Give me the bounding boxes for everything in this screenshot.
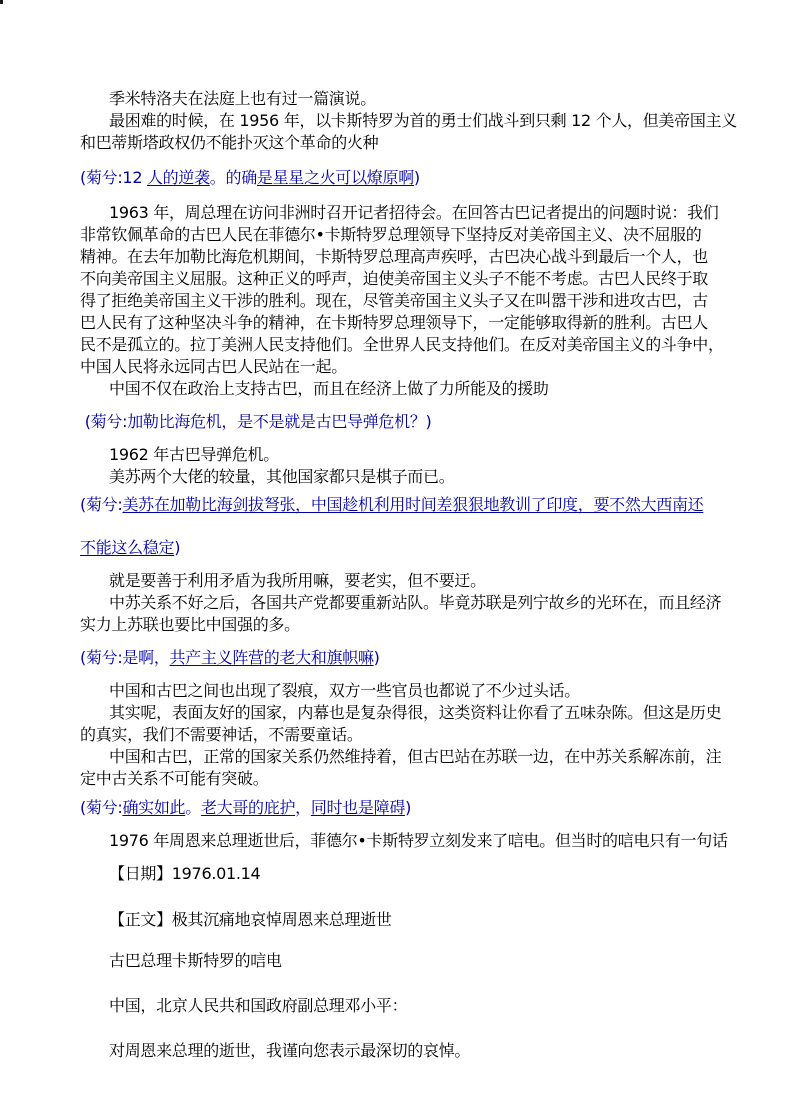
text-segment: 非常钦佩革命的古巴人民在菲德尔•卡斯特罗总理领导下坚持反对美帝国主义、决不屈服的 [80, 225, 701, 244]
text-line: 最困难的时候，在 1956 年，以卡斯特罗为首的勇士们战斗到只剩 12 个人，但… [80, 110, 722, 132]
text-segment: 民不是孤立的。拉丁美洲人民支持他们。全世界人民支持他们。在反对美帝国主义的斗争中… [80, 335, 724, 354]
text-line: (菊兮:美苏在加勒比海剑拔弩张，中国趁机利用时间差狠狠地教训了印度，要不然大西南… [80, 494, 722, 516]
text-segment: 古巴总理卡斯特罗的唁电 [109, 951, 282, 970]
text-paragraph: 【正文】极其沉痛地哀悼周恩来总理逝世 [80, 909, 722, 931]
text-line: 中国不仅在政治上支持古巴，而且在经济上做了力所能及的援助 [80, 378, 722, 400]
text-line: (菊兮:是啊，共产主义阵营的老大和旗帜嘛) [80, 647, 722, 669]
underlined-text-segment: 共产主义阵营的老大和旗帜嘛 [170, 648, 374, 667]
text-line: 1976 年周恩来总理逝世后，菲德尔•卡斯特罗立刻发来了唁电。但当时的唁电只有一… [80, 830, 722, 852]
text-segment: 中国和古巴，正常的国家关系仍然维持着，但古巴站在苏联一边，在中苏关系解冻前，注 [109, 747, 721, 766]
document-page: 季米特洛夫在法庭上也有过一篇演说。最困难的时候，在 1956 年，以卡斯特罗为首… [0, 0, 800, 1062]
text-line: 【日期】1976.01.14 [80, 863, 722, 885]
text-line: (菊兮:12 人的逆袭。的确是星星之火可以燎原啊) [80, 167, 722, 189]
text-paragraph: 其实呢，表面友好的国家，内幕也是复杂得很，这类资料让你看了五味杂陈。但这是历史的… [80, 702, 722, 746]
text-line: 季米特洛夫在法庭上也有过一篇演说。 [80, 88, 722, 110]
text-line: 的真实，我们不需要神话，不需要童话。 [80, 724, 722, 746]
text-segment: 季米特洛夫在法庭上也有过一篇演说。 [109, 89, 376, 108]
text-segment: 。的确 [210, 168, 257, 187]
text-segment: 1963 年，周总理在访问非洲时召开记者招待会。在回答古巴记者提出的问题时说：我… [109, 203, 719, 222]
text-line: 精神。在去年加勒比海危机期间，卡斯特罗总理高声疾呼，古巴决心战斗到最后一个人，也 [80, 246, 722, 268]
text-segment: 【日期】1976.01.14 [109, 864, 260, 883]
text-line: 巴人民有了这种坚决斗争的精神，在卡斯特罗总理领导下，一定能够取得新的胜利。古巴人 [80, 312, 722, 334]
annotation-comment-paragraph: (菊兮:加勒比海危机，是不是就是古巴导弹危机？) [80, 411, 722, 433]
text-segment: 实力上苏联也要比中国强的多。 [80, 615, 300, 634]
text-segment: (菊兮: [80, 495, 122, 514]
text-line: 非常钦佩革命的古巴人民在菲德尔•卡斯特罗总理领导下坚持反对美帝国主义、决不屈服的 [80, 224, 722, 246]
text-paragraph: 季米特洛夫在法庭上也有过一篇演说。 [80, 88, 722, 110]
text-segment: (菊兮:12 [80, 168, 147, 187]
text-paragraph: 1963 年，周总理在访问非洲时召开记者招待会。在回答古巴记者提出的问题时说：我… [80, 202, 722, 378]
underlined-text-segment: 是星星之火可以燎原啊 [257, 168, 414, 187]
text-line: (菊兮:确实如此。老大哥的庇护，同时也是障碍) [80, 797, 722, 819]
text-segment: 巴人民有了这种坚决斗争的精神，在卡斯特罗总理领导下，一定能够取得新的胜利。古巴人 [80, 313, 708, 332]
text-line: 中国人民将永远同古巴人民站在一起。 [80, 356, 722, 378]
text-segment: 1976 年周恩来总理逝世后，菲德尔•卡斯特罗立刻发来了唁电。但当时的唁电只有一… [109, 831, 728, 850]
text-paragraph: 中国和古巴之间也出现了裂痕，双方一些官员也都说了不少过头话。 [80, 680, 722, 702]
text-paragraph: 中国，北京人民共和国政府副总理邓小平： [80, 995, 722, 1017]
text-segment: (菊兮:加勒比海危机，是不是就是古巴导弹危机？) [80, 412, 431, 431]
text-line: 对周恩来总理的逝世，我谨向您表示最深切的哀悼。 [80, 1040, 722, 1062]
text-segment: 其实呢，表面友好的国家，内幕也是复杂得很，这类资料让你看了五味杂陈。但这是历史 [109, 703, 721, 722]
text-segment: 1962 年古巴导弹危机。 [109, 445, 279, 464]
annotation-comment-paragraph: (菊兮:美苏在加勒比海剑拔弩张，中国趁机利用时间差狠狠地教训了印度，要不然大西南… [80, 494, 722, 516]
annotation-comment-paragraph: (菊兮:12 人的逆袭。的确是星星之火可以燎原啊) [80, 167, 722, 189]
annotation-comment-paragraph: (菊兮:确实如此。老大哥的庇护，同时也是障碍) [80, 797, 722, 819]
text-segment: 精神。在去年加勒比海危机期间，卡斯特罗总理高声疾呼，古巴决心战斗到最后一个人，也 [80, 247, 708, 266]
text-segment: 中国和古巴之间也出现了裂痕，双方一些官员也都说了不少过头话。 [109, 681, 580, 700]
text-paragraph: 古巴总理卡斯特罗的唁电 [80, 950, 722, 972]
document-body: 季米特洛夫在法庭上也有过一篇演说。最困难的时候，在 1956 年，以卡斯特罗为首… [80, 88, 722, 1062]
text-segment: 对周恩来总理的逝世，我谨向您表示最深切的哀悼。 [109, 1041, 470, 1060]
text-segment: ) [405, 798, 411, 817]
text-line: 中国，北京人民共和国政府副总理邓小平： [80, 995, 722, 1017]
text-segment: 得了拒绝美帝国主义干涉的胜利。现在，尽管美帝国主义头子又在叫嚣干涉和进攻古巴，古 [80, 291, 708, 310]
text-segment: 最困难的时候，在 1956 年，以卡斯特罗为首的勇士们战斗到只剩 12 个人，但… [109, 111, 737, 130]
text-line: 中苏关系不好之后，各国共产党都要重新站队。毕竟苏联是列宁故乡的光环在，而且经济 [80, 592, 722, 614]
text-line: 就是要善于利用矛盾为我所用嘛，要老实，但不要迂。 [80, 570, 722, 592]
text-segment: 不向美帝国主义屈服。这种正义的呼声，迫使美帝国主义头子不能不考虑。古巴人民终于取 [80, 269, 708, 288]
text-paragraph: 最困难的时候，在 1956 年，以卡斯特罗为首的勇士们战斗到只剩 12 个人，但… [80, 110, 722, 154]
text-line: (菊兮:加勒比海危机，是不是就是古巴导弹危机？) [80, 411, 722, 433]
text-paragraph: 美苏两个大佬的较量，其他国家都只是棋子而已。 [80, 466, 722, 488]
text-segment: 中国人民将永远同古巴人民站在一起。 [80, 357, 347, 376]
text-segment: ) [414, 168, 420, 187]
text-segment: 中苏关系不好之后，各国共产党都要重新站队。毕竟苏联是列宁故乡的光环在，而且经济 [109, 593, 721, 612]
underlined-text-segment: 同时也是障碍 [311, 798, 405, 817]
underlined-text-segment: 确实如此 [122, 798, 185, 817]
text-segment: 美苏两个大佬的较量，其他国家都只是棋子而已。 [109, 467, 454, 486]
underlined-text-segment: 美苏在加勒比海剑拔弩张，中国趁机利用时间差狠狠地教训了印度，要不然大西南还 [122, 495, 703, 514]
text-segment: 就是要善于利用矛盾为我所用嘛，要老实，但不要迂。 [109, 571, 486, 590]
text-segment: 。 [185, 798, 201, 817]
text-segment: 中国不仅在政治上支持古巴，而且在经济上做了力所能及的援助 [109, 379, 549, 398]
text-segment: ) [174, 538, 180, 557]
annotation-comment-paragraph: (菊兮:是啊，共产主义阵营的老大和旗帜嘛) [80, 647, 722, 669]
text-line: 中国和古巴之间也出现了裂痕，双方一些官员也都说了不少过头话。 [80, 680, 722, 702]
text-line: 中国和古巴，正常的国家关系仍然维持着，但古巴站在苏联一边，在中苏关系解冻前，注 [80, 746, 722, 768]
text-segment: 【正文】极其沉痛地哀悼周恩来总理逝世 [109, 910, 392, 929]
text-line: 不能这么稳定) [80, 537, 722, 559]
underlined-text-segment: 老大哥的庇护 [201, 798, 295, 817]
text-segment: ) [374, 648, 380, 667]
underlined-text-segment: 人的逆袭 [147, 168, 210, 187]
text-line: 和巴蒂斯塔政权仍不能扑灭这个革命的火种 [80, 132, 722, 154]
text-line: 古巴总理卡斯特罗的唁电 [80, 950, 722, 972]
text-segment: (菊兮:是啊， [80, 648, 170, 667]
text-paragraph: 中苏关系不好之后，各国共产党都要重新站队。毕竟苏联是列宁故乡的光环在，而且经济实… [80, 592, 722, 636]
text-line: 民不是孤立的。拉丁美洲人民支持他们。全世界人民支持他们。在反对美帝国主义的斗争中… [80, 334, 722, 356]
text-segment: (菊兮: [80, 798, 122, 817]
text-line: 定中古关系不可能有突破。 [80, 768, 722, 790]
text-paragraph: 就是要善于利用矛盾为我所用嘛，要老实，但不要迂。 [80, 570, 722, 592]
text-line: 实力上苏联也要比中国强的多。 [80, 614, 722, 636]
text-segment: 定中古关系不可能有突破。 [80, 769, 268, 788]
text-paragraph: 【日期】1976.01.14 [80, 863, 722, 885]
text-line: 其实呢，表面友好的国家，内幕也是复杂得很，这类资料让你看了五味杂陈。但这是历史 [80, 702, 722, 724]
text-paragraph: 对周恩来总理的逝世，我谨向您表示最深切的哀悼。 [80, 1040, 722, 1062]
text-paragraph: 中国不仅在政治上支持古巴，而且在经济上做了力所能及的援助 [80, 378, 722, 400]
text-segment: 和巴蒂斯塔政权仍不能扑灭这个革命的火种 [80, 133, 378, 152]
text-line: 美苏两个大佬的较量，其他国家都只是棋子而已。 [80, 466, 722, 488]
underlined-text-segment: 不能这么稳定 [80, 538, 174, 557]
annotation-comment-paragraph: 不能这么稳定) [80, 537, 722, 559]
text-segment: 的真实，我们不需要神话，不需要童话。 [80, 725, 363, 744]
text-line: 1962 年古巴导弹危机。 [80, 444, 722, 466]
text-paragraph: 1962 年古巴导弹危机。 [80, 444, 722, 466]
text-line: 不向美帝国主义屈服。这种正义的呼声，迫使美帝国主义头子不能不考虑。古巴人民终于取 [80, 268, 722, 290]
text-line: 得了拒绝美帝国主义干涉的胜利。现在，尽管美帝国主义头子又在叫嚣干涉和进攻古巴，古 [80, 290, 722, 312]
text-line: 【正文】极其沉痛地哀悼周恩来总理逝世 [80, 909, 722, 931]
text-paragraph: 1976 年周恩来总理逝世后，菲德尔•卡斯特罗立刻发来了唁电。但当时的唁电只有一… [80, 830, 722, 852]
text-segment: 中国，北京人民共和国政府副总理邓小平： [109, 996, 407, 1015]
text-paragraph: 中国和古巴，正常的国家关系仍然维持着，但古巴站在苏联一边，在中苏关系解冻前，注定… [80, 746, 722, 790]
text-segment: ， [295, 798, 311, 817]
text-line: 1963 年，周总理在访问非洲时召开记者招待会。在回答古巴记者提出的问题时说：我… [80, 202, 722, 224]
